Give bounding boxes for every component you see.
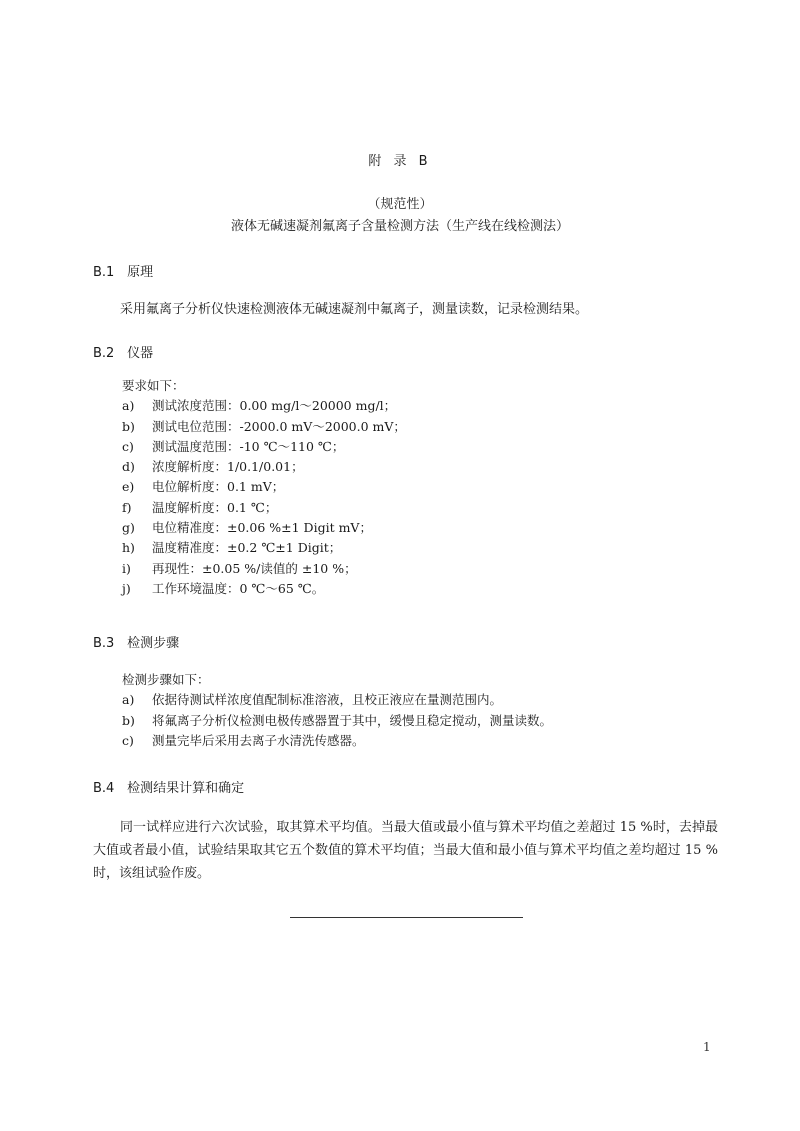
list-item: c)测试温度范围：-10 ℃～110 ℃； [122, 437, 406, 457]
list-item: j)工作环境温度：0 ℃～65 ℃。 [122, 579, 406, 599]
list-item: g)电位精准度：±0.06 %±1 Digit mV； [122, 518, 406, 538]
section-number: B.4 [93, 781, 123, 796]
section-heading-b4: B.4 检测结果计算和确定 [93, 777, 244, 796]
list-item: e)电位解析度：0.1 mV； [122, 477, 406, 497]
instrument-requirements-list: 要求如下： a)测试浓度范围：0.00 mg/l～20000 mg/l； b)测… [122, 376, 406, 599]
list-item: i)再现性：±0.05 %/读值的 ±10 %； [122, 559, 406, 579]
section-number: B.3 [93, 636, 123, 651]
list-intro: 检测步骤如下： [122, 670, 552, 690]
list-intro: 要求如下： [122, 376, 406, 396]
list-item: h)温度精准度：±0.2 ℃±1 Digit； [122, 538, 406, 558]
section-title: 仪器 [127, 346, 153, 361]
list-item: b)测试电位范围：-2000.0 mV～2000.0 mV； [122, 417, 406, 437]
list-item: f)温度解析度：0.1 ℃； [122, 498, 406, 518]
list-item: a)依据待测试样浓度值配制标准溶液，且校正液应在量测范围内。 [122, 690, 552, 710]
document-page: 附 录 B （规范性） 液体无碱速凝剂氟离子含量检测方法（生产线在线检测法） B… [0, 0, 800, 1131]
section-heading-b1: B.1 原理 [93, 261, 153, 280]
list-item: b)将氟离子分析仪检测电极传感器置于其中，缓慢且稳定搅动，测量读数。 [122, 711, 552, 731]
section-title: 原理 [127, 265, 153, 280]
list-item: d)浓度解析度：1/0.1/0.01； [122, 457, 406, 477]
principle-text: 采用氟离子分析仪快速检测液体无碱速凝剂中氟离子，测量读数，记录检测结果。 [120, 298, 588, 317]
normative-label: （规范性） [0, 193, 800, 212]
section-heading-b2: B.2 仪器 [93, 342, 153, 361]
list-item: c)测量完毕后采用去离子水清洗传感器。 [122, 731, 552, 751]
section-title: 检测结果计算和确定 [127, 781, 244, 796]
page-number: 1 [703, 1040, 711, 1054]
procedure-steps-list: 检测步骤如下： a)依据待测试样浓度值配制标准溶液，且校正液应在量测范围内。 b… [122, 670, 552, 751]
section-number: B.1 [93, 265, 123, 280]
result-calculation-text: 同一试样应进行六次试验，取其算术平均值。当最大值或最小值与算术平均值之差超过 1… [93, 816, 718, 885]
document-title: 液体无碱速凝剂氟离子含量检测方法（生产线在线检测法） [0, 215, 800, 234]
appendix-title: 附 录 B [0, 150, 800, 169]
list-item: a)测试浓度范围：0.00 mg/l～20000 mg/l； [122, 396, 406, 416]
section-title: 检测步骤 [127, 636, 179, 651]
section-heading-b3: B.3 检测步骤 [93, 632, 179, 651]
end-rule-divider [290, 917, 523, 918]
section-number: B.2 [93, 346, 123, 361]
